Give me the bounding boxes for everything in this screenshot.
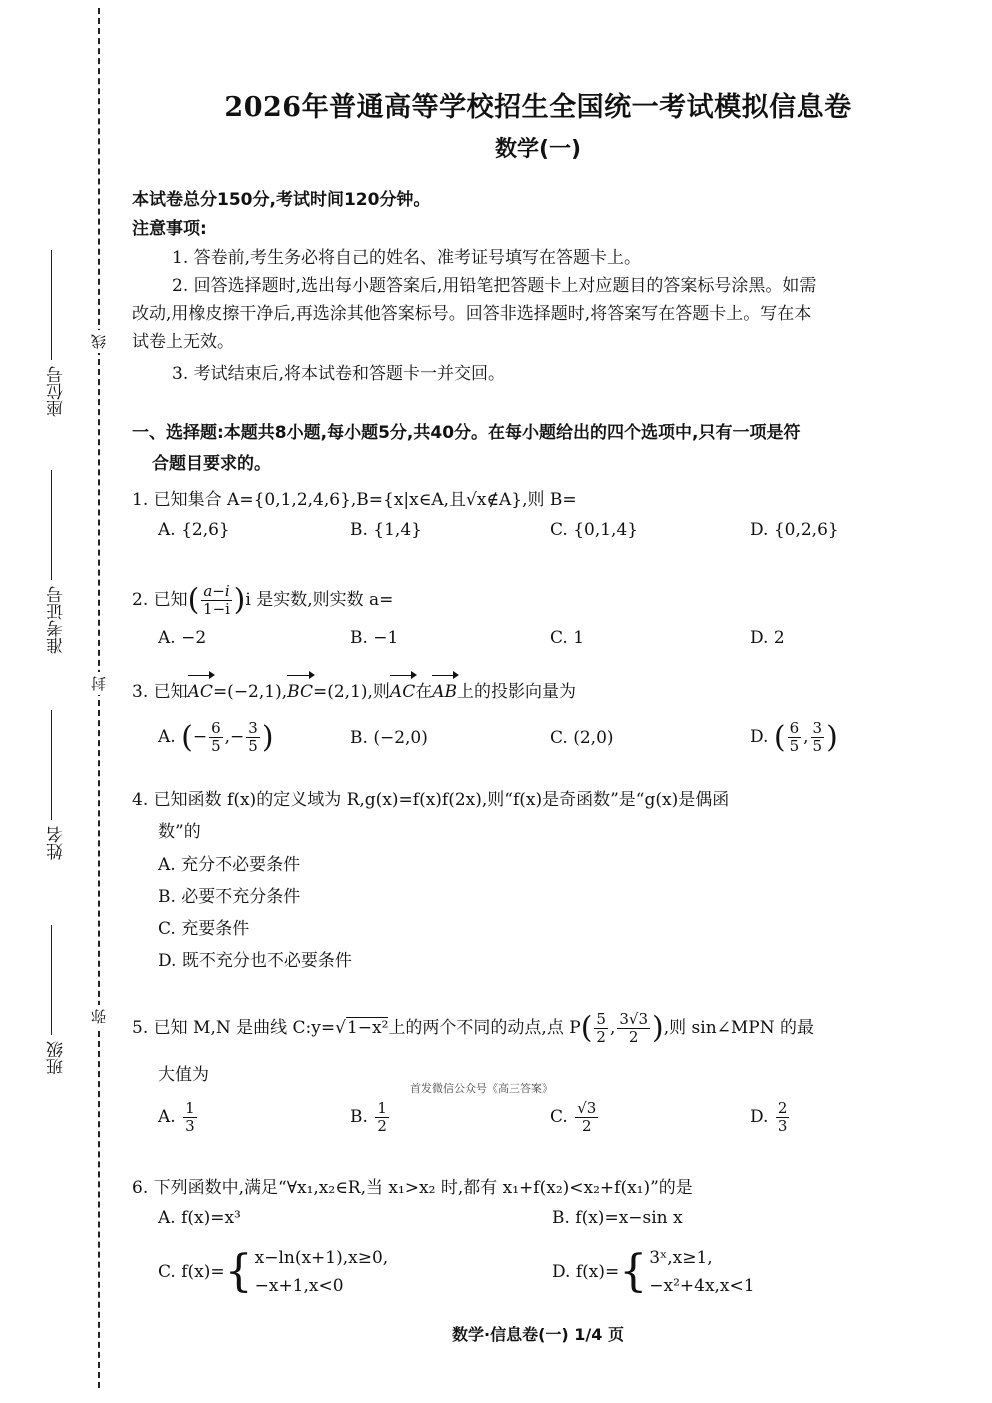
- stem-text: 上的投影向量为: [457, 682, 576, 702]
- q2-option-b[interactable]: B. −1: [350, 628, 398, 648]
- q6-option-a[interactable]: A. f(x)=x³: [158, 1208, 241, 1228]
- stem-text: 在: [415, 682, 432, 702]
- q3-option-a[interactable]: A. (−65,−35): [158, 720, 274, 755]
- q6-option-b[interactable]: B. f(x)=x−sin x: [552, 1208, 683, 1228]
- notice-2-end: 试卷上无效。: [132, 327, 944, 357]
- seat-number-blank[interactable]: [51, 250, 52, 360]
- notice-2-cont: 改动,用橡皮擦干净后,再选涂其他答案标号。回答非选择题时,将答案写在答题卡上。写…: [132, 299, 944, 329]
- sqrt-expr: 1−x²: [346, 1017, 388, 1038]
- q2-option-c[interactable]: C. 1: [550, 628, 584, 648]
- exam-id-blank[interactable]: [51, 470, 52, 580]
- stem-text: 已知: [154, 682, 188, 702]
- seat-number-label: 座位号: [44, 366, 69, 417]
- seat-number-field[interactable]: 座位号: [44, 250, 69, 417]
- question-number: 6.: [132, 1178, 148, 1198]
- vector-ac: AC: [390, 677, 415, 707]
- question-number: 5.: [132, 1018, 148, 1038]
- section-heading: 一、选择题:本题共8小题,每小题5分,共40分。在每小题给出的四个选项中,只有一…: [132, 418, 944, 448]
- question-number: 1.: [132, 490, 148, 510]
- q3-option-d[interactable]: D. (65,35): [750, 720, 838, 755]
- question-3: 3. 已知AC=(−2,1),BC=(2,1),则AC在AB上的投影向量为: [132, 677, 944, 707]
- exam-total: 本试卷总分150分,考试时间120分钟。: [132, 185, 944, 215]
- binding-margin: 线 封 弥 座位号 准考证号 姓名 班级: [0, 0, 130, 1403]
- q1-option-d[interactable]: D. {0,2,6}: [750, 520, 839, 540]
- class-field[interactable]: 班级: [44, 925, 69, 1075]
- q3-option-c[interactable]: C. (2,0): [550, 728, 614, 748]
- question-5: 5. 已知 M,N 是曲线 C:y=√1−x²上的两个不同的动点,点 P(52,…: [132, 1008, 944, 1049]
- fraction: a−i1−i: [201, 583, 231, 618]
- q1-option-c[interactable]: C. {0,1,4}: [550, 520, 638, 540]
- stem-text: =(−2,1),: [213, 682, 287, 702]
- question-6: 6. 下列函数中,满足“∀x₁,x₂∈R,当 x₁>x₂ 时,都有 x₁+f(x…: [132, 1173, 944, 1203]
- question-stem: 下列函数中,满足“∀x₁,x₂∈R,当 x₁>x₂ 时,都有 x₁+f(x₂)<…: [154, 1178, 693, 1198]
- class-blank[interactable]: [51, 925, 52, 1035]
- q5-option-d[interactable]: D. 23: [750, 1100, 791, 1135]
- question-stem-prefix: 已知: [154, 590, 188, 610]
- q5-option-a[interactable]: A. 13: [158, 1100, 199, 1135]
- class-label: 班级: [44, 1041, 69, 1075]
- name-label: 姓名: [44, 826, 69, 860]
- vector-bc: BC: [287, 677, 313, 707]
- q5-option-c[interactable]: C. √32: [550, 1100, 600, 1135]
- question-number: 4.: [132, 790, 148, 810]
- q6-option-d[interactable]: D. f(x)= { 3ˣ,x≥1,−x²+4x,x<1: [552, 1244, 755, 1300]
- page-title: 2026年普通高等学校招生全国统一考试模拟信息卷: [132, 85, 944, 124]
- question-number: 3.: [132, 682, 148, 702]
- section-heading-cont: 合题目要求的。: [132, 449, 964, 479]
- q4-option-c[interactable]: C. 充要条件: [158, 914, 249, 939]
- question-4-cont: 数”的: [132, 817, 970, 847]
- question-stem: 已知函数 f(x)的定义域为 R,g(x)=f(x)f(2x),则“f(x)是奇…: [154, 790, 730, 810]
- question-2: 2. 已知(a−i1−i)i 是实数,则实数 a=: [132, 580, 944, 621]
- question-stem: 已知集合 A={0,1,2,4,6},B={x|x∈A,且√x∉A},则 B=: [154, 490, 577, 510]
- exam-id-label: 准考证号: [44, 586, 69, 654]
- seal-mark-seal: 封: [88, 672, 110, 695]
- q1-option-a[interactable]: A. {2,6}: [158, 520, 230, 540]
- page-footer: 数学·信息卷(一) 1/4 页: [132, 1322, 944, 1345]
- q2-option-a[interactable]: A. −2: [158, 628, 206, 648]
- watermark: 首发微信公众号《高三答案》: [410, 1080, 553, 1096]
- q4-option-b[interactable]: B. 必要不充分条件: [158, 882, 300, 907]
- question-1: 1. 已知集合 A={0,1,2,4,6},B={x|x∈A,且√x∉A},则 …: [132, 485, 944, 515]
- notice-2: 2. 回答选择题时,选出每小题答案后,用铅笔把答题卡上对应题目的答案标号涂黑。如…: [132, 271, 984, 301]
- vector-ab: AB: [432, 677, 457, 707]
- name-field[interactable]: 姓名: [44, 710, 69, 860]
- stem-text: ,则 sin∠MPN 的最: [664, 1018, 814, 1038]
- q5-option-b[interactable]: B. 12: [350, 1100, 391, 1135]
- question-number: 2.: [132, 590, 148, 610]
- stem-text: =(2,1),则: [313, 682, 390, 702]
- notice-1: 1. 答卷前,考生务必将自己的姓名、准考证号填写在答题卡上。: [132, 243, 984, 273]
- q1-option-b[interactable]: B. {1,4}: [350, 520, 422, 540]
- stem-text: 已知 M,N 是曲线 C:y=: [154, 1018, 335, 1038]
- seal-mark-line: 线: [88, 330, 110, 353]
- question-4: 4. 已知函数 f(x)的定义域为 R,g(x)=f(x)f(2x),则“f(x…: [132, 785, 944, 815]
- page-subtitle: 数学(一): [132, 132, 944, 163]
- vector-ac: AC: [188, 677, 213, 707]
- exam-id-field[interactable]: 准考证号: [44, 470, 69, 654]
- q4-option-a[interactable]: A. 充分不必要条件: [158, 850, 300, 875]
- q2-option-d[interactable]: D. 2: [750, 628, 785, 648]
- question-stem-suffix: i 是实数,则实数 a=: [245, 590, 393, 610]
- seal-dashed-line: [98, 8, 100, 1388]
- q6-option-c[interactable]: C. f(x)= { x−ln(x+1),x≥0,−x+1,x<0: [158, 1244, 388, 1300]
- seal-mark-mi: 弥: [88, 1005, 110, 1028]
- name-blank[interactable]: [51, 710, 52, 820]
- q3-option-b[interactable]: B. (−2,0): [350, 728, 428, 748]
- notice-title: 注意事项:: [132, 214, 944, 244]
- q4-option-d[interactable]: D. 既不充分也不必要条件: [158, 946, 352, 971]
- notice-3: 3. 考试结束后,将本试卷和答题卡一并交回。: [132, 359, 984, 389]
- stem-text: 上的两个不同的动点,点 P: [388, 1018, 580, 1038]
